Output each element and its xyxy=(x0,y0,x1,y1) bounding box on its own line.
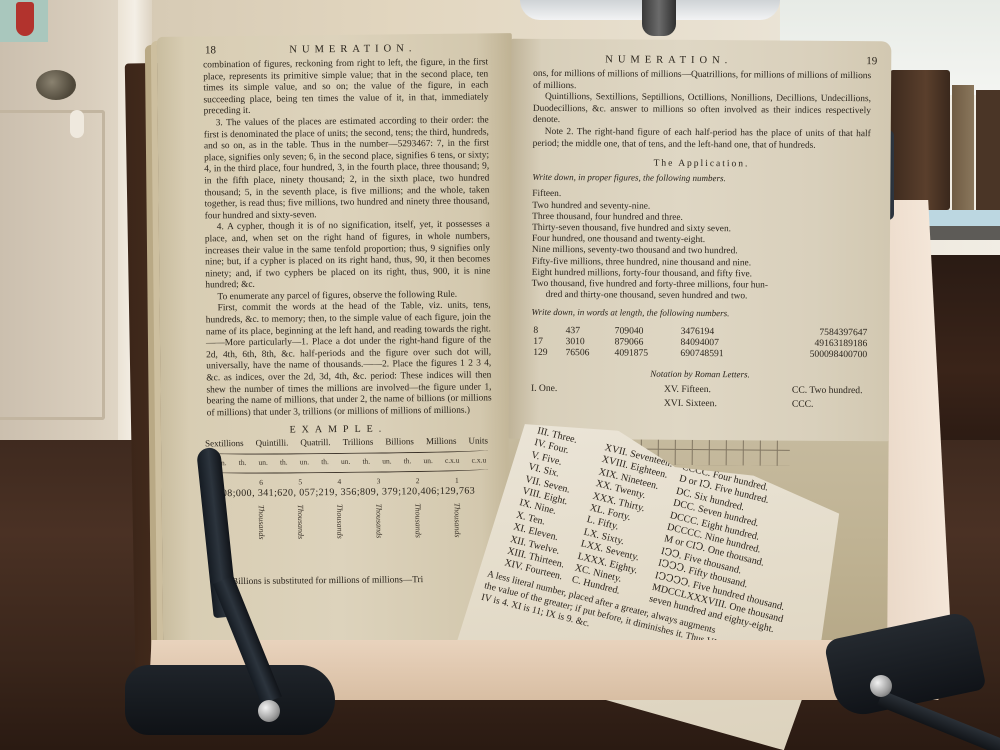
words-instruction: Write down, in words at length, the foll… xyxy=(531,307,869,321)
unit-label: c.x.u xyxy=(472,456,487,465)
door-sign xyxy=(0,0,48,42)
table-cell: 3010 xyxy=(563,336,612,347)
unit-label: un. xyxy=(423,456,432,465)
period-label: Units xyxy=(468,436,488,446)
unit-label: th. xyxy=(239,458,247,467)
right-page-body: ons, for millions of millions of million… xyxy=(509,69,891,411)
list-item: dred and thirty-one thousand, seven hund… xyxy=(532,290,870,304)
period-label: Quintilli. xyxy=(256,438,289,448)
table-cell: 76506 xyxy=(563,347,612,358)
paragraph: 4. A cypher, though it is of no signific… xyxy=(205,220,491,293)
period-label: Billions xyxy=(385,437,414,447)
door-knob xyxy=(36,70,76,100)
roman-entry: CCC. xyxy=(792,399,814,411)
roman-entry: CC. Two hundred. xyxy=(792,384,863,396)
table-row: 129 76506 4091875 690748591 500098400700 xyxy=(531,347,869,360)
index-number: 6 xyxy=(259,478,263,487)
lamp-stem xyxy=(642,0,676,36)
roman-row: XVI. Sixteen. CCC. xyxy=(531,397,869,411)
application-instruction: Write down, in proper figures, the follo… xyxy=(532,172,870,186)
index-number: 3 xyxy=(377,477,381,486)
period-label: Quatrill. xyxy=(300,437,330,447)
period-label: Trillions xyxy=(343,437,374,447)
left-page-body: combination of figures, reckoning from r… xyxy=(157,57,516,420)
page-number: 19 xyxy=(866,55,877,67)
unit-label: th. xyxy=(362,457,370,466)
index-number: 5 xyxy=(298,478,302,487)
old-book-spine xyxy=(890,70,950,210)
index-number: 2 xyxy=(416,477,420,486)
door-panel xyxy=(0,110,105,420)
screw-icon xyxy=(258,700,280,722)
roman-entry: XV. Fifteen. xyxy=(664,383,774,395)
table-cell: 7584397647 xyxy=(761,326,869,338)
table-cell: 4091875 xyxy=(612,347,678,358)
unit-label: un. xyxy=(382,457,391,466)
roman-heading: Notation by Roman Letters. xyxy=(531,368,869,382)
paragraph: Quintillions, Sextillions, Septillions, … xyxy=(533,92,871,129)
thousands-label: Thousands xyxy=(335,504,345,568)
table-cell: 129 xyxy=(531,347,563,358)
roman-entry: XVI. Sixteen. xyxy=(664,398,774,410)
door-latch xyxy=(70,110,84,138)
table-cell: 879066 xyxy=(613,336,679,347)
red-badge-icon xyxy=(16,2,34,36)
thousands-label: Thousands xyxy=(453,503,463,567)
numbers-table: 8 437 709040 3476194 7584397647 17 3010 … xyxy=(531,325,869,360)
shelf-books xyxy=(890,60,1000,210)
roman-row: I. One. XV. Fifteen. CC. Two hundred. xyxy=(531,382,869,396)
thousands-label: Thousands xyxy=(296,505,306,569)
application-heading: The Application. xyxy=(532,158,870,172)
thousands-label: Thousands xyxy=(374,504,384,568)
old-book-spine xyxy=(976,90,1000,210)
unit-label: un. xyxy=(258,458,267,467)
left-page-header: 18 NUMERATION. xyxy=(157,33,512,61)
table-cell: 690748591 xyxy=(678,348,761,360)
roman-entry: I. One. xyxy=(531,382,646,394)
period-label: Millions xyxy=(426,436,457,446)
thousands-label: Thousands xyxy=(413,504,423,568)
paragraph: First, commit the words at the head of t… xyxy=(206,301,492,420)
index-number: 4 xyxy=(337,477,341,486)
unit-label: un. xyxy=(300,458,309,467)
running-title: NUMERATION. xyxy=(289,43,416,55)
unit-label: un. xyxy=(341,457,350,466)
paragraph: 3. The values of the places are estimate… xyxy=(204,115,490,222)
photo-scene: 18 NUMERATION. combination of figures, r… xyxy=(0,0,1000,750)
page-number: 18 xyxy=(205,44,216,56)
paragraph: Note 2. The right-hand figure of each ha… xyxy=(533,127,871,153)
roman-entry xyxy=(531,397,646,409)
table-cell: 49163189186 xyxy=(761,337,869,349)
index-number: 1 xyxy=(455,476,459,485)
table-cell: 8 xyxy=(531,325,563,336)
thousands-label: Thousands xyxy=(257,505,267,569)
left-page-clamp-base xyxy=(125,665,335,735)
table-cell: 84094007 xyxy=(678,337,761,349)
running-title: NUMERATION. xyxy=(605,54,732,66)
screw-icon xyxy=(870,675,892,697)
paragraph: ons, for millions of millions of million… xyxy=(533,69,871,95)
application-list: Fifteen. Two hundred and seventy-nine. T… xyxy=(532,189,871,303)
right-page-header: NUMERATION. 19 xyxy=(511,39,891,72)
unit-label: c.x.u xyxy=(445,456,460,465)
old-book-spine xyxy=(952,85,974,210)
table-cell: 437 xyxy=(564,325,613,336)
table-cell: 709040 xyxy=(613,325,679,336)
right-page: NUMERATION. 19 ons, for millions of mill… xyxy=(509,39,892,442)
table-cell: 17 xyxy=(531,336,563,347)
table-cell: 500098400700 xyxy=(761,348,869,360)
table-cell: 3476194 xyxy=(679,326,762,338)
unit-label: th. xyxy=(404,457,412,466)
unit-label: th. xyxy=(280,458,288,467)
unit-label: th. xyxy=(321,458,329,467)
paragraph: combination of figures, reckoning from r… xyxy=(203,57,489,118)
